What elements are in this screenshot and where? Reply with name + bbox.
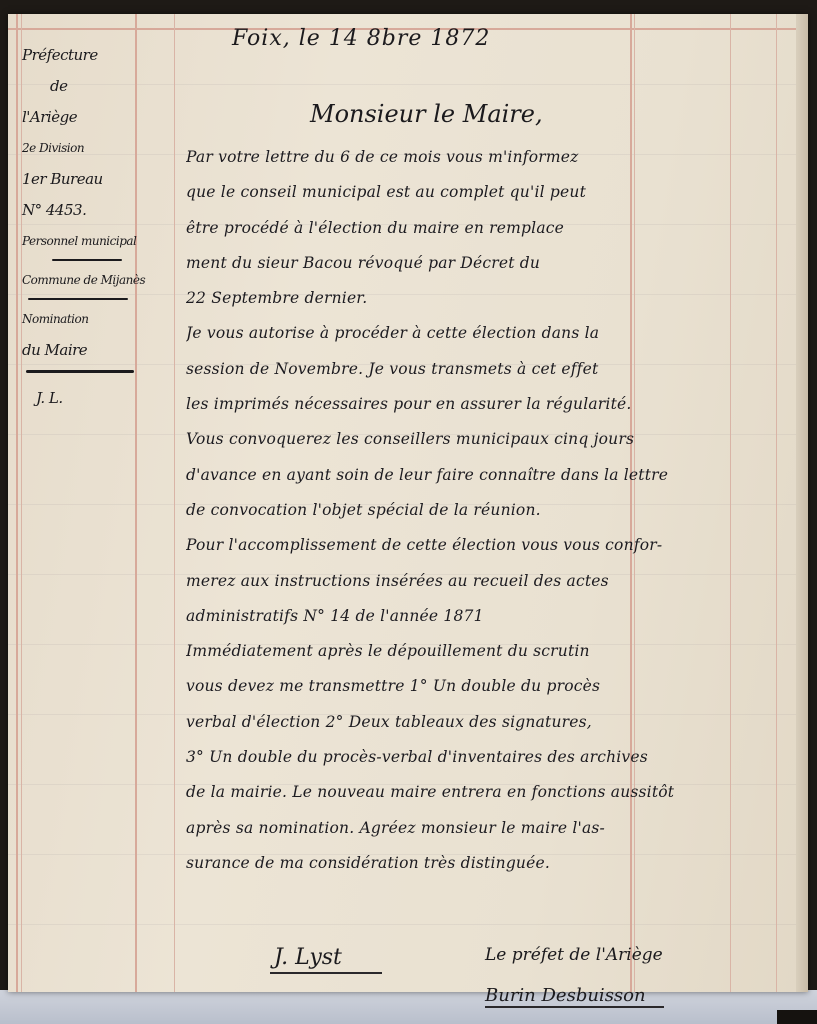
body-line: verbal d'élection 2° Deux tableaux des s…: [186, 705, 796, 740]
margin-divider-wavy: [26, 370, 134, 373]
margin-divider: [28, 298, 128, 300]
secretary-signature: J. Lyst: [270, 945, 382, 974]
body-line: les imprimés nécessaires pour en assurer…: [186, 387, 796, 422]
margin-line: Nomination: [22, 304, 140, 335]
margin-line: Personnel municipal: [22, 226, 140, 257]
margin-line: l'Ariège: [22, 102, 140, 133]
margin-line: du Maire: [22, 335, 140, 366]
margin-line: Préfecture: [22, 40, 140, 71]
body-line: Je vous autorise à procéder à cette élec…: [186, 316, 796, 351]
desk-surface: [0, 990, 817, 1024]
letter-body: Par votre lettre du 6 de ce mois vous m'…: [186, 140, 796, 881]
margin-rule-outer: [16, 14, 18, 992]
page-edge: [796, 14, 808, 992]
margin-line: Commune de Mijanès: [22, 265, 140, 296]
body-line: être procédé à l'élection du maire en re…: [186, 211, 796, 246]
body-line: Par votre lettre du 6 de ce mois vous m'…: [186, 140, 796, 175]
body-line: que le conseil municipal est au complet …: [186, 175, 796, 210]
margin-initials: J. L.: [22, 383, 140, 414]
body-line: Pour l'accomplissement de cette élection…: [186, 528, 796, 563]
margin-line: 2e Division: [22, 133, 140, 164]
binding-corner: [777, 1010, 817, 1024]
salutation: Monsieur le Maire,: [310, 100, 543, 128]
body-line: Immédiatement après le dépouillement du …: [186, 634, 796, 669]
margin-line: N° 4453.: [22, 195, 140, 226]
body-line: de la mairie. Le nouveau maire entrera e…: [186, 775, 796, 810]
margin-annotations: Préfecture de l'Ariège 2e Division 1er B…: [22, 40, 140, 414]
letter-date: Foix, le 14 8bre 1872: [232, 26, 490, 51]
margin-line: 1er Bureau: [22, 164, 140, 195]
margin-line: de: [22, 71, 140, 102]
prefect-signature: Burin Desbuisson: [485, 985, 664, 1008]
body-line: Vous convoquerez les conseillers municip…: [186, 422, 796, 457]
body-line: 3° Un double du procès-verbal d'inventai…: [186, 740, 796, 775]
body-line: d'avance en ayant soin de leur faire con…: [186, 458, 796, 493]
body-line: merez aux instructions insérées au recue…: [186, 564, 796, 599]
body-line: ment du sieur Bacou révoqué par Décret d…: [186, 246, 796, 281]
body-line: après sa nomination. Agréez monsieur le …: [186, 811, 796, 846]
prefect-title: Le préfet de l'Ariège: [485, 945, 663, 965]
body-line: 22 Septembre dernier.: [186, 281, 796, 316]
body-line: surance de ma considération très disting…: [186, 846, 796, 881]
body-line: vous devez me transmettre 1° Un double d…: [186, 669, 796, 704]
body-line: administratifs N° 14 de l'année 1871: [186, 599, 796, 634]
body-line: session de Novembre. Je vous transmets à…: [186, 352, 796, 387]
faint-rule: [8, 924, 808, 925]
body-line: de convocation l'objet spécial de la réu…: [186, 493, 796, 528]
margin-rule-text: [174, 14, 175, 992]
margin-divider: [52, 259, 122, 261]
